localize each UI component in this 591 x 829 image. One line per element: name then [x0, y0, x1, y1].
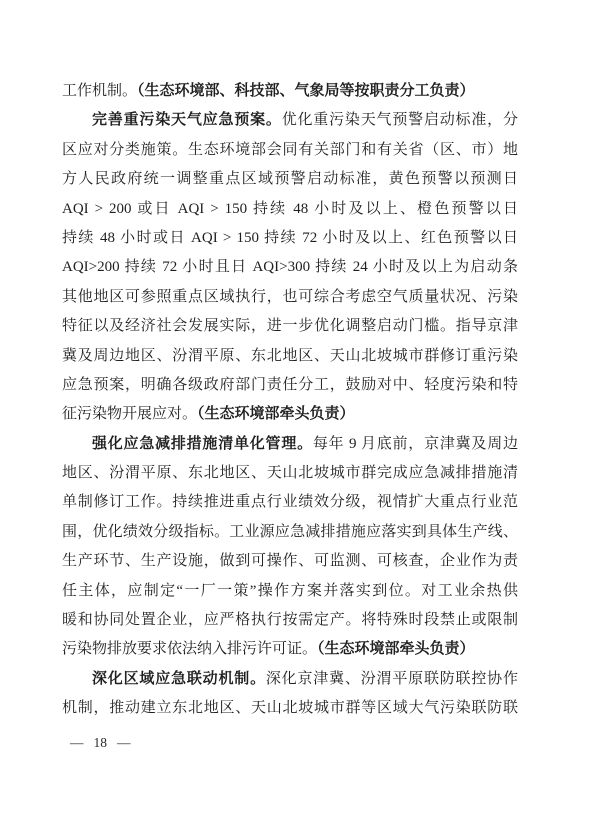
text-line: 工作机制。（生态环境部、科技部、气象局等按职责分工负责） [62, 77, 518, 106]
text-line: 区应对分类施策。生态环境部会同有关部门和有关省（区、市）地 [62, 136, 518, 165]
text-run: 机制，推动建立东北地区、天山北坡城市群等区域大气污染联防联 [62, 700, 518, 716]
bold-text-run: （生态环境部、科技部、气象局等按职责分工负责） [137, 83, 475, 99]
text-run: 征污染物开展应对。 [62, 406, 197, 422]
text-run: 方人民政府统一调整重点区域预警启动标准，黄色预警以预测日 [62, 171, 518, 187]
text-run: 单制修订工作。持续推进重点行业绩效分级，视情扩大重点行业范 [62, 494, 518, 510]
document-body: 工作机制。（生态环境部、科技部、气象局等按职责分工负责）完善重污染天气应急预案。… [62, 77, 518, 724]
text-run: 围，优化绩效分级指标。工业源应急减排措施应落实到具体生产线、 [62, 524, 518, 540]
text-run: 地区、汾渭平原、东北地区、天山北坡城市群完成应急减排措施清 [62, 465, 518, 481]
bold-text-run: （生态环境部牵头负责） [317, 641, 475, 657]
text-run: 生产环节、生产设施，做到可操作、可监测、可核查，企业作为责 [62, 553, 518, 569]
text-line: 强化应急减排措施清单化管理。每年 9 月底前，京津冀及周边 [62, 430, 518, 459]
document-page: 工作机制。（生态环境部、科技部、气象局等按职责分工负责）完善重污染天气应急预案。… [0, 0, 591, 829]
bold-text-run: 强化应急减排措施清单化管理。 [92, 436, 313, 452]
text-line: 方人民政府统一调整重点区域预警启动标准，黄色预警以预测日 [62, 165, 518, 194]
text-line: 生产环节、生产设施，做到可操作、可监测、可核查，企业作为责 [62, 547, 518, 576]
text-run: 特征以及经济社会发展实际，进一步优化调整启动门槛。指导京津 [62, 318, 518, 334]
text-line: 暖和协同处置企业，应严格执行按需定产。将特殊时段禁止或限制 [62, 606, 518, 635]
text-line: 单制修订工作。持续推进重点行业绩效分级，视情扩大重点行业范 [62, 488, 518, 517]
bold-text-run: 完善重污染天气应急预案。 [92, 112, 282, 128]
text-line: 征污染物开展应对。（生态环境部牵头负责） [62, 400, 518, 429]
text-line: 围，优化绩效分级指标。工业源应急减排措施应落实到具体生产线、 [62, 518, 518, 547]
page-footer: — 18 — [70, 733, 131, 753]
bold-text-run: （生态环境部牵头负责） [197, 406, 355, 422]
text-line: 应急预案，明确各级政府部门责任分工，鼓励对中、轻度污染和特 [62, 371, 518, 400]
text-run: 优化重污染天气预警启动标准，分 [282, 112, 518, 128]
text-line: 完善重污染天气应急预案。优化重污染天气预警启动标准，分 [62, 106, 518, 135]
text-line: 机制，推动建立东北地区、天山北坡城市群等区域大气污染联防联 [62, 694, 518, 723]
text-run: 任主体，应制定“一厂一策”操作方案并落实到位。对工业余热供 [62, 583, 518, 599]
text-run: 区应对分类施策。生态环境部会同有关部门和有关省（区、市）地 [62, 142, 518, 158]
text-run: 每年 9 月底前，京津冀及周边 [313, 436, 518, 452]
text-run: 工作机制。 [62, 83, 137, 99]
text-line: 任主体，应制定“一厂一策”操作方案并落实到位。对工业余热供 [62, 577, 518, 606]
text-run: 冀及周边地区、汾渭平原、东北地区、天山北坡城市群修订重污染 [62, 348, 518, 364]
text-line: 冀及周边地区、汾渭平原、东北地区、天山北坡城市群修订重污染 [62, 342, 518, 371]
text-run: 应急预案，明确各级政府部门责任分工，鼓励对中、轻度污染和特 [62, 377, 518, 393]
footer-dash-right: — [117, 733, 131, 753]
bold-text-run: 深化区域应急联动机制。 [92, 671, 266, 687]
text-line: 持续 48 小时或日 AQI > 150 持续 72 小时及以上、红色预警以日 [62, 224, 518, 253]
footer-dash-left: — [70, 733, 84, 753]
text-run: 其他地区可参照重点区域执行，也可综合考虑空气质量状况、污染 [62, 289, 518, 305]
text-line: 特征以及经济社会发展实际，进一步优化调整启动门槛。指导京津 [62, 312, 518, 341]
text-line: 地区、汾渭平原、东北地区、天山北坡城市群完成应急减排措施清 [62, 459, 518, 488]
text-run: 深化京津冀、汾渭平原联防联控协作 [266, 671, 518, 687]
text-line: 污染物排放要求依法纳入排污许可证。（生态环境部牵头负责） [62, 635, 518, 664]
text-line: 其他地区可参照重点区域执行，也可综合考虑空气质量状况、污染 [62, 283, 518, 312]
text-line: 深化区域应急联动机制。深化京津冀、汾渭平原联防联控协作 [62, 665, 518, 694]
text-run: AQI > 200 或日 AQI > 150 持续 48 小时及以上、橙色预警以… [62, 201, 518, 224]
text-run: 持续 48 小时或日 AQI > 150 持续 72 小时及以上、红色预警以日 [62, 230, 518, 246]
text-run: AQI>200 持续 72 小时且日 AQI>300 持续 24 小时及以上为启… [62, 259, 518, 282]
text-line: AQI>200 持续 72 小时且日 AQI>300 持续 24 小时及以上为启… [62, 253, 518, 282]
text-line: AQI > 200 或日 AQI > 150 持续 48 小时及以上、橙色预警以… [62, 195, 518, 224]
text-run: 污染物排放要求依法纳入排污许可证。 [62, 641, 317, 657]
page-number: 18 [94, 733, 108, 753]
text-run: 暖和协同处置企业，应严格执行按需定产。将特殊时段禁止或限制 [62, 612, 518, 628]
